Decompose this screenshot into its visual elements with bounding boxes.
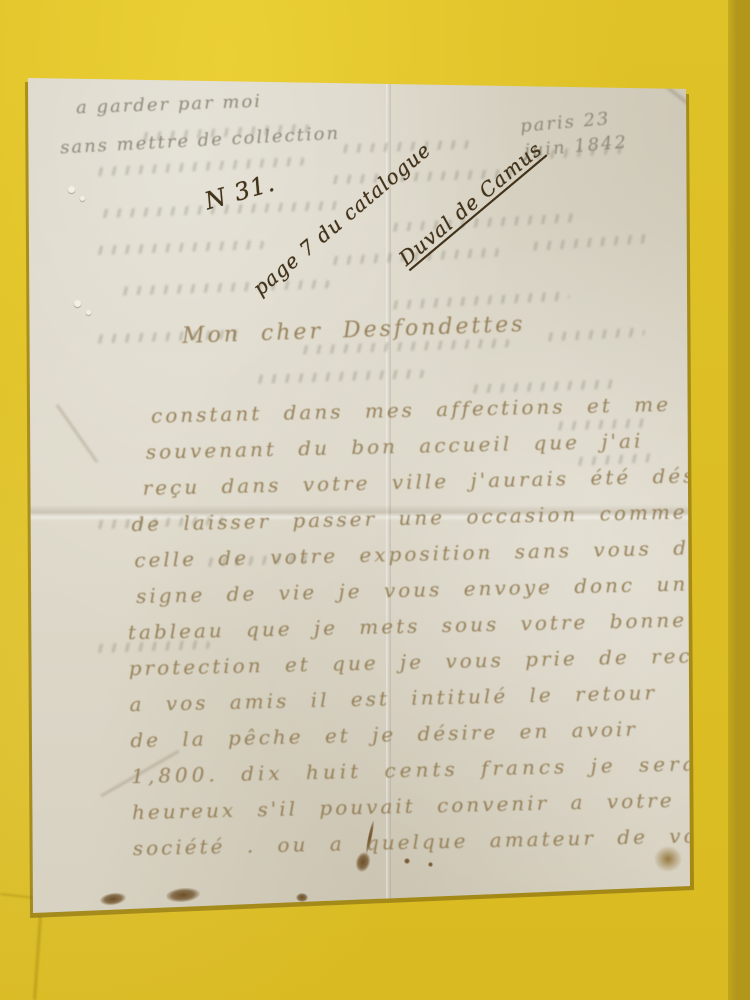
- bleedthrough-mark: [100, 201, 340, 218]
- wrinkle: [100, 750, 179, 798]
- bleedthrough-mark: [530, 234, 650, 251]
- letter-line: signe de vie je vous envoye donc un: [136, 572, 676, 620]
- bleedthrough-mark: [470, 379, 620, 393]
- paper-damage-speck: [80, 196, 85, 201]
- ink-stain: [296, 893, 308, 902]
- ink-stain: [354, 851, 373, 874]
- bleedthrough-mark: [120, 279, 330, 295]
- artist-name: Duval de Camus: [394, 137, 547, 271]
- letter-line: tableau que je mets sous votre bonne: [128, 608, 677, 656]
- bleedthrough-mark: [140, 124, 310, 142]
- bleedthrough-mark: [330, 248, 500, 266]
- bleedthrough-mark: [205, 554, 315, 567]
- bleedthrough-mark: [390, 291, 570, 309]
- bleedthrough-mark: [95, 329, 245, 343]
- salutation: Mon cher Desfondettes: [182, 312, 526, 349]
- pencil-dateline-place: paris 23: [519, 108, 611, 137]
- catalogue-page-reference: page 7 du catalogue: [248, 137, 436, 300]
- letter-line: heureux s'il pouvait convenir a votre: [132, 788, 681, 836]
- paper-damage-speck: [68, 186, 75, 193]
- catalogue-number: N 31.: [202, 169, 279, 216]
- letter-line: souvenant du bon accueil que j'ai: [146, 428, 673, 476]
- bleedthrough-mark: [390, 213, 580, 232]
- letter-body: constant dans mes affections et me souve…: [123, 392, 681, 872]
- letter-line: société . ou a quelque amateur de votre: [133, 824, 682, 872]
- backing-right-shade: [728, 0, 750, 1000]
- bleedthrough-mark: [95, 240, 265, 255]
- letter-line: a vos amis il est intitulé le retour: [129, 680, 678, 728]
- ink-spot: [404, 858, 410, 864]
- pencil-note-keep-line1: a garder par moi: [76, 91, 263, 118]
- pencil-dateline-date: juin 1842: [523, 132, 628, 162]
- ink-stain: [99, 891, 126, 907]
- letter-line: de laisser passer une occasion comme: [131, 500, 674, 548]
- bleedthrough-mark: [545, 327, 645, 341]
- bleedthrough-mark: [300, 338, 510, 354]
- bleedthrough-mark: [95, 640, 210, 653]
- letter-line: protection et que je vous prie de recomm…: [128, 644, 677, 692]
- bleedthrough-mark: [95, 516, 225, 530]
- bleedthrough-mark: [95, 157, 305, 177]
- bleedthrough-mark: [330, 169, 520, 185]
- horizontal-fold-crease: [30, 505, 690, 521]
- bleedthrough-mark: [340, 140, 470, 154]
- wrinkle: [56, 404, 99, 463]
- ink-spot: [428, 862, 433, 867]
- letter-line: constant dans mes affections et me: [151, 392, 672, 440]
- ink-stain: [165, 887, 200, 904]
- letter-line: reçu dans votre ville j'aurais été désol…: [142, 464, 673, 512]
- letter-line: de la pêche et je désire en avoir: [130, 716, 679, 764]
- paper-damage-speck: [86, 310, 91, 315]
- letter-photograph: a garder par moi sans mettre de collecti…: [0, 0, 750, 1000]
- pencil-note-keep-line2: sans mettre de collection: [60, 123, 341, 159]
- corner-smudge: [654, 846, 682, 872]
- bleedthrough-mark: [575, 453, 660, 466]
- letter-line: 1,800. dix huit cents francs je serais: [131, 752, 680, 800]
- letter-paper: a garder par moi sans mettre de collecti…: [0, 0, 750, 1000]
- vertical-fold-crease: [386, 78, 391, 910]
- paper-damage-speck: [74, 300, 81, 307]
- bleedthrough-mark: [520, 144, 630, 161]
- ink-drip: [365, 820, 376, 854]
- letter-line: celle de votre exposition sans vous donn…: [134, 536, 675, 584]
- bleedthrough-mark: [255, 369, 425, 384]
- bleedthrough-mark: [555, 418, 650, 430]
